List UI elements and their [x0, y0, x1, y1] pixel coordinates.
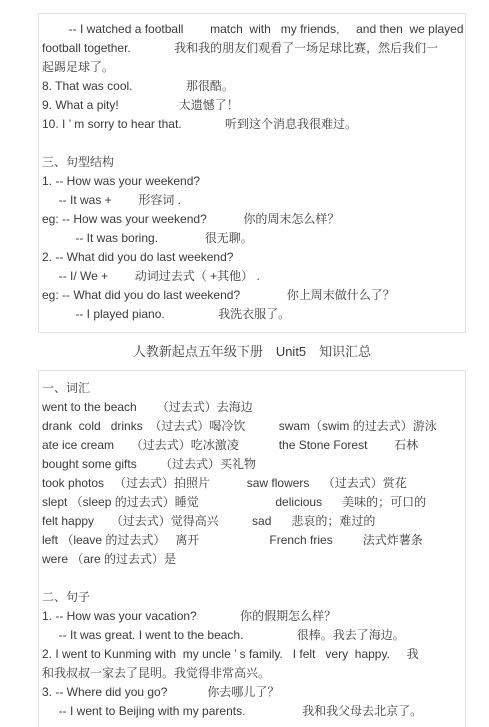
- text-line: -- I went to Beijing with my parents. 我和…: [42, 702, 463, 721]
- text-line: -- I/ We + 动词过去式（ +其他） .: [42, 267, 463, 286]
- text-line: 10. I ’ m sorry to hear that. 听到这个消息我很难过…: [42, 115, 463, 134]
- text-line: 1. -- How was your vacation? 你的假期怎么样？: [42, 607, 463, 626]
- text-line: were （are 的过去式）是: [42, 550, 463, 569]
- text-line: eg: -- How was your weekend? 你的周末怎么样？: [42, 210, 463, 229]
- text-line: 二、句子: [42, 588, 463, 607]
- text-line: -- I watched a football match with my fr…: [42, 20, 463, 39]
- text-line: 一、词汇: [42, 379, 463, 398]
- text-line: -- I played piano. 我洗衣服了。: [42, 305, 463, 324]
- section-box-top: -- I watched a football match with my fr…: [38, 13, 466, 333]
- text-line: took photos （过去式）拍照片 saw flowers （过去式）赏花: [42, 474, 463, 493]
- text-line: 和我叔叔一家去了昆明。我觉得非常高兴。: [42, 664, 463, 683]
- text-line: drank cold drinks （过去式）喝冷饮 swam（swim 的过去…: [42, 417, 463, 436]
- text-line: slept （sleep 的过去式）睡觉 delicious 美味的；可口的: [42, 493, 463, 512]
- text-line: football together. 我和我的朋友们观看了一场足球比赛，然后我们…: [42, 39, 463, 58]
- text-line: left （leave 的过去式） 离开 French fries 法式炸薯条: [42, 531, 463, 550]
- unit-title: 人教新起点五年级下册 Unit5 知识汇总: [38, 333, 466, 370]
- text-line: 起踢足球了。: [42, 58, 463, 77]
- text-line: went to the beach （过去式）去海边: [42, 398, 463, 417]
- text-line: bought some gifts （过去式）买礼物: [42, 455, 463, 474]
- document-page: -- I watched a football match with my fr…: [38, 13, 466, 727]
- text-line: ate ice cream （过去式）吃冰激凌 the Stone Forest…: [42, 436, 463, 455]
- text-line: 3. -- Where did you go? 你去哪儿了？: [42, 683, 463, 702]
- text-line: 三、句型结构: [42, 153, 463, 172]
- text-line: 1. -- How was your weekend?: [42, 172, 463, 191]
- text-line: felt happy （过去式）觉得高兴 sad 悲哀的；难过的: [42, 512, 463, 531]
- text-line: -- It was boring. 很无聊。: [42, 229, 463, 248]
- text-line: eg: -- What did you do last weekend? 你上周…: [42, 286, 463, 305]
- text-line: 2. -- What did you do last weekend?: [42, 248, 463, 267]
- section-box-bottom: 一、词汇went to the beach （过去式）去海边drank cold…: [38, 370, 466, 727]
- text-line: -- It was great. I went to the beach. 很棒…: [42, 626, 463, 645]
- text-line: 2. I went to Kunming with my uncle ’ s f…: [42, 645, 463, 664]
- text-line: 9. What a pity! 太遗憾了！: [42, 96, 463, 115]
- text-line: [42, 569, 463, 588]
- text-line: 8. That was cool. 那很酷。: [42, 77, 463, 96]
- text-line: -- It was + 形容词 .: [42, 191, 463, 210]
- text-line: [42, 134, 463, 153]
